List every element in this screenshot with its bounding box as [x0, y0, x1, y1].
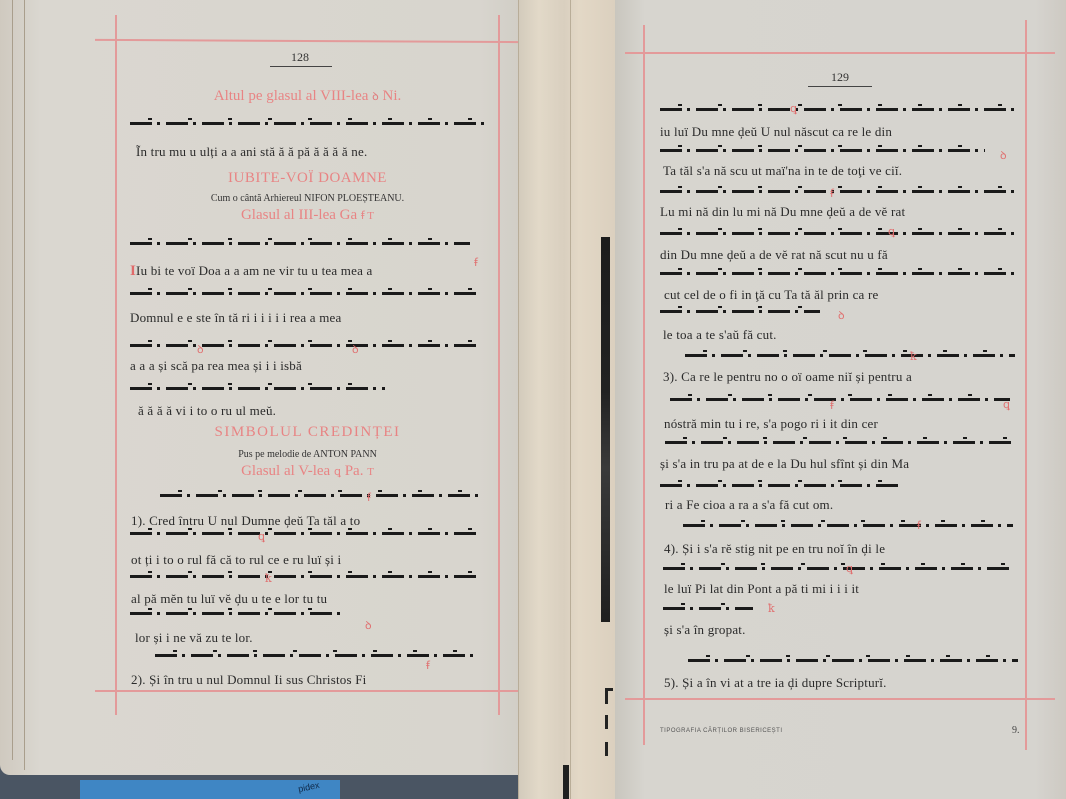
hymn-title: IUBITE-VOÏ DOAMNE [120, 170, 495, 187]
neume-row [130, 571, 480, 581]
signature-mark: 9. [1012, 725, 1020, 736]
bottom-border-rule [625, 698, 1055, 700]
lyric-line: le toa a te s'aŭ fă cut. [663, 327, 777, 343]
neume-row [130, 238, 470, 248]
neume-row [665, 437, 1015, 447]
heading-glas-8: Altul pe glasul al VIII-lea ꝺ Ni. [120, 88, 495, 105]
lyric-line: 1). Cred întru U nul Dumne ḑeŭ Ta tăl a … [131, 513, 360, 529]
lyric-line: cut cel de o fi in ţă cu Ta tă ăl prin c… [664, 287, 878, 303]
page-edge [24, 0, 25, 770]
lyric-line: din Du mne ḑeŭ a de vĕ rat nă scut nu u … [660, 247, 888, 263]
lyric-line: Lu mi nă din lu mi nă Du mne ḑeŭ a de vĕ… [660, 204, 905, 220]
martyria-icon: ꝗ [258, 530, 265, 543]
lyric-line: iu luï Du mne ḑeŭ U nul născut ca re le … [660, 124, 892, 140]
neume-row [670, 394, 1010, 404]
martyria-icon: ꝺ [1000, 148, 1007, 163]
spine-dash [605, 742, 608, 756]
neume-row [663, 563, 1013, 573]
heading-glas-5: Glasul al V-lea ꝗ Pa. Ƭ [120, 463, 495, 480]
martyria-icon: ꝗ [1003, 398, 1010, 411]
neume-row [683, 520, 1013, 530]
lyric-line: și s'a în gropat. [664, 622, 746, 638]
lyric-line: și s'a in tru pa at de e la Du hul sfînt… [660, 456, 909, 472]
lyric-line: ot ți i to o rul fă că to rul ce e ru lu… [131, 552, 341, 568]
spine-binding [563, 765, 569, 799]
martyria-icon: ꝗ [846, 562, 853, 575]
lyric-line: nóstră min tu i re, s'a pogo ri i it din… [664, 416, 878, 432]
martyria-icon: ꝁ [768, 602, 775, 615]
lyric-line: 2). Și în tru u nul Domnul Ii sus Christ… [131, 672, 366, 688]
lyric-line: a a a și scă pa rea mea și i i isbă [130, 358, 302, 374]
martyria-icon: ꝗ [888, 225, 895, 238]
martyria-icon: ꝺ [838, 308, 845, 323]
lyric-line: lor și i ne vă zu te lor. [135, 630, 253, 646]
neume-row [660, 186, 1015, 196]
spine-black-bar [601, 237, 610, 622]
page-number: 128 [280, 50, 320, 65]
hymn-title: SIMBOLUL CREDINȚEI [120, 424, 495, 441]
neume-row [660, 268, 1015, 278]
right-border-rule [498, 15, 500, 715]
neume-row [130, 118, 485, 128]
top-border-rule [625, 52, 1055, 54]
neume-row [130, 383, 385, 393]
martyria-icon: ꝺ [197, 342, 204, 357]
lyric-line: Ta tăl s'a nă scu ut maï'na in te de toţ… [663, 163, 902, 179]
printer-imprint: TIPOGRAFIA CĂRȚILOR BISERICEȘTI [660, 728, 783, 734]
neume-row [663, 603, 753, 613]
left-border-rule [115, 15, 117, 715]
hymn-subtitle: Cum o cântă Arhiereul NIFON PLOEȘTEANU. [120, 193, 495, 204]
neume-row [660, 306, 820, 316]
martyria-icon: ꝁ [910, 350, 917, 363]
lyric-line: al pă mĕn tu luï vĕ ḑu u te e lor tu tu [131, 591, 327, 607]
page-number-underline [808, 86, 872, 87]
neume-row [130, 608, 345, 618]
right-border-rule [1025, 20, 1027, 750]
lyric-line: ri a Fe cioa a ra a s'a fă cut om. [665, 497, 833, 513]
lyric-line: ă ă ă ă vi i to o ru ul meŭ. [138, 403, 276, 419]
martyria-icon: ꝗ [334, 466, 341, 478]
martyria-icon: ꝗ [790, 102, 797, 115]
lyric-line: IIu bi te voï Doa a a am ne vir tu u tea… [130, 263, 372, 280]
martyria-icon: ꝺ [352, 342, 359, 357]
neume-row [130, 528, 480, 538]
martyria-icon: ꝺ [365, 618, 372, 633]
spine-dash [605, 688, 608, 704]
lyric-line: le luï Pi lat din Pont a pă ti mi i i i … [664, 581, 859, 597]
neume-row [160, 490, 480, 500]
neume-row [660, 104, 1015, 114]
lyric-line: 3). Ca re le pentru no o oï oame niĭ și … [663, 369, 912, 385]
spine-fold [570, 0, 571, 799]
martyria-icon: ꞙ Ƭ [361, 210, 374, 222]
martyria-icon: ꞙ [917, 518, 921, 533]
hymn-subtitle: Pus pe melodie de ANTON PANN [120, 449, 495, 460]
martyria-icon: ꞙ [830, 398, 834, 413]
martyria-icon: ꞙ [474, 255, 478, 270]
blue-card: pidex [80, 780, 340, 799]
martyria-icon: ꝺ [372, 91, 379, 103]
martyria-icon: Ƭ [367, 466, 374, 478]
card-text: pidex [298, 780, 321, 794]
page-edge [12, 0, 13, 760]
page-number: 129 [820, 70, 860, 85]
neume-row [130, 288, 478, 298]
neume-row [688, 655, 1018, 665]
left-border-rule [643, 25, 645, 745]
heading-glas-3: Glasul al III-lea Ga ꞙ Ƭ [120, 207, 495, 224]
neume-row [660, 480, 900, 490]
lyric-line: 5). Și a în vi at a tre ia ḑi dupre Scri… [664, 675, 887, 691]
spine-dash [605, 715, 608, 729]
martyria-icon: ꞙ [367, 490, 371, 505]
neume-row [130, 340, 480, 350]
lyric-line: 4). Și i s'a rĕ stig nit pe en tru noĭ î… [664, 541, 885, 557]
page-number-underline [270, 66, 332, 67]
neume-row [685, 350, 1015, 360]
martyria-icon: ꞙ [830, 186, 834, 201]
lyric-line: Domnul e e ste în tă ri i i i i i rea a … [130, 310, 341, 326]
martyria-icon: ꞙ [426, 658, 430, 673]
martyria-icon: ꝁ [265, 572, 272, 585]
lyric-line: Ĩn tru mu u ulți a a ani stă ă ă pă ă ă … [136, 144, 367, 160]
neume-row [660, 228, 1015, 238]
neume-row [660, 145, 985, 155]
bottom-border-rule [95, 690, 520, 692]
